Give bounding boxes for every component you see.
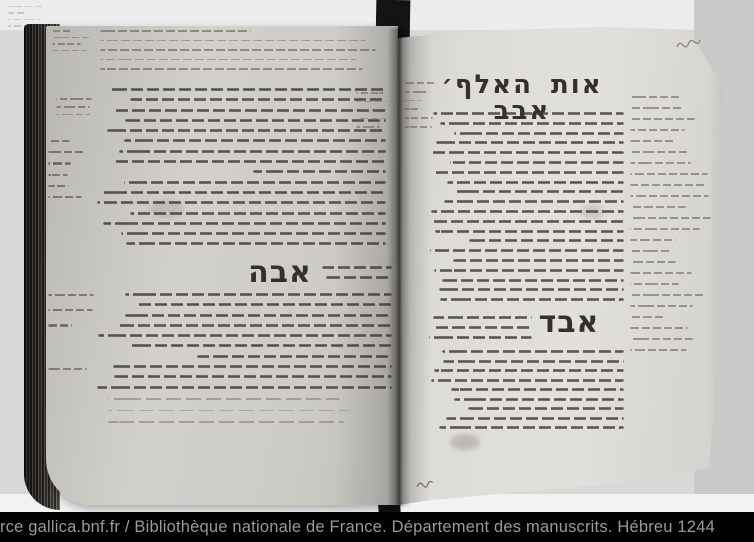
- left-page-main-text-upper: [96, 88, 386, 253]
- headword-avah: אבה: [248, 258, 312, 288]
- left-margin-notes-mid: [48, 140, 96, 207]
- manuscript-photo: אבה אות האלף׳ אבב אבד rce gallica.bnf.fr…: [0, 0, 754, 542]
- left-page-text-beside-headword: [316, 266, 392, 287]
- left-margin-note-single: [48, 368, 88, 370]
- left-margin-notes-upper: [56, 98, 92, 121]
- left-page-gutter-scribbles: [356, 92, 392, 135]
- paper-stain: [450, 434, 480, 450]
- caption-bar: rce gallica.bnf.fr / Bibliothèque nation…: [0, 512, 754, 542]
- right-page-main-text-upper: [428, 112, 624, 308]
- right-page-main-text-lower: [428, 350, 624, 436]
- left-margin-notes-lower: [48, 294, 100, 340]
- left-page-main-text-lower: [96, 293, 392, 396]
- right-page-text-beside-headword: [428, 316, 532, 345]
- left-page-corner-notes: [52, 30, 92, 56]
- caption-text: rce gallica.bnf.fr / Bibliothèque nation…: [0, 518, 715, 537]
- right-margin-notes: [630, 96, 718, 360]
- left-page-top-annotations: [100, 30, 378, 78]
- left-page-french-note: [108, 398, 358, 433]
- headword-avad: אבד: [536, 308, 602, 338]
- page-corner-mark: [415, 475, 435, 495]
